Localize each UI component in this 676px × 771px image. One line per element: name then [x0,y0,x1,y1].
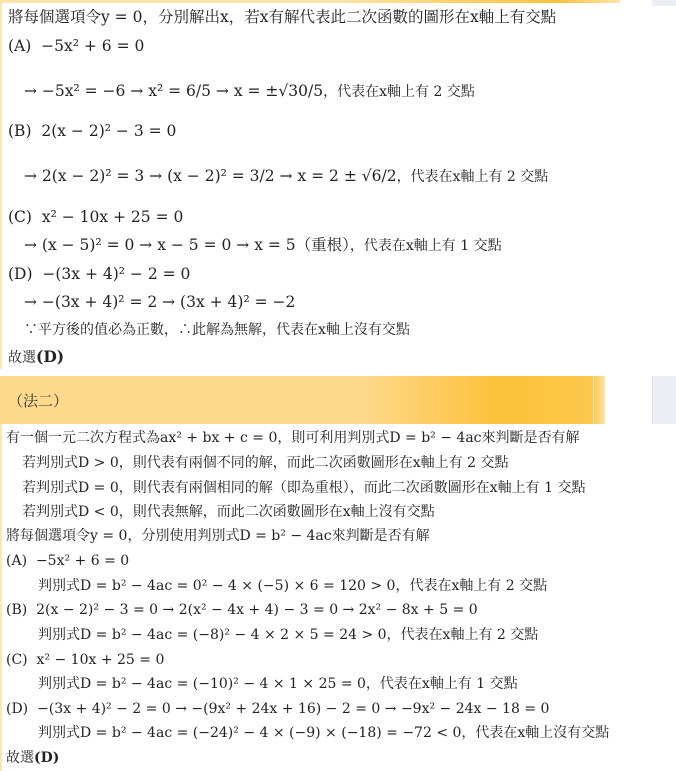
option-label: (B) [8,122,32,140]
method2-instruction: 將每個選項令y = 0，分別使用判別式D = b² − 4ac來判斷是否有解 [6,526,430,546]
result: ，代表在x軸上有 2 交點 [323,84,475,100]
m2-option-b-equation: (B) 2(x − 2)² − 3 = 0 → 2(x² − 4x + 4) −… [6,600,478,620]
rule-negative: 若判別式D < 0，則代表無解，而此二次函數圖形在x軸上沒有交點 [22,502,435,522]
step: → −(3x + 4)² = 2 → (3x + 4)² = −2 [24,293,295,311]
answer-value: (D) [36,347,64,366]
step: → −5x² = −6 → x² = 6/5 → x = ±√30/5 [24,82,323,100]
m2-option-d-equation: (D) −(3x + 4)² − 2 = 0 → −(9x² + 24x + 1… [6,699,549,719]
option-c-step: → (x − 5)² = 0 → x − 5 = 0 → x = 5（重根），代… [24,235,502,256]
right-side-panel [652,0,676,771]
solution-method-2: 有一個一元二次方程式為ax² + bx + c = 0，則可利用判別式D = b… [0,424,652,771]
m2-option-c-discriminant: 判別式D = b² − 4ac = (−10)² − 4 × 1 × 25 = … [38,674,518,694]
option-label: (D) [6,701,28,717]
side-panel-tab [652,376,676,424]
answer-value: (D) [34,750,59,766]
equation: x² − 10x + 25 = 0 [37,652,165,668]
m2-answer: 故選(D) [6,748,59,768]
m2-option-c-equation: (C) x² − 10x + 25 = 0 [6,650,164,670]
option-label: (B) [6,602,27,618]
equation: 2(x − 2)² − 3 = 0 [41,122,176,140]
solution-method-1: 將每個選項令y = 0，分別解出x，若x有解代表此二次函數的圖形在x軸上有交點 … [0,3,652,369]
result: ，代表在x軸上有 2 交點 [397,169,549,185]
option-a-step: → −5x² = −6 → x² = 6/5 → x = ±√30/5，代表在x… [24,81,475,102]
option-b-equation: (B) 2(x − 2)² − 3 = 0 [8,121,176,141]
option-label: (A) [8,37,31,55]
option-d-reason: ∵平方後的值必為正數，∴此解為無解，代表在x軸上沒有交點 [24,320,410,340]
side-panel-top [652,0,676,6]
equation: −5x² + 6 = 0 [36,553,129,569]
equation: −(3x + 4)² − 2 = 0 [42,265,190,283]
option-a-equation: (A) −5x² + 6 = 0 [8,36,144,56]
option-label: (D) [8,265,33,283]
answer-prefix: 故選 [6,750,34,766]
option-d-step: → −(3x + 4)² = 2 → (3x + 4)² = −2 [24,292,295,312]
option-b-step: → 2(x − 2)² = 3 → (x − 2)² = 3/2 → x = 2… [24,166,548,187]
option-label: (A) [6,553,27,569]
equation: x² − 10x + 25 = 0 [42,208,184,226]
equation: −(3x + 4)² − 2 = 0 → −(9x² + 24x + 16) −… [37,701,549,717]
option-c-equation: (C) x² − 10x + 25 = 0 [8,207,183,227]
equation: −5x² + 6 = 0 [41,37,144,55]
rule-zero: 若判別式D = 0，則代表有兩個相同的解（即為重根），而此二次函數圖形在x軸上有… [22,478,585,498]
equation: 2(x − 2)² − 3 = 0 → 2(x² − 4x + 4) − 3 =… [36,602,478,618]
answer-prefix: 故選 [8,350,36,366]
method2-intro: 有一個一元二次方程式為ax² + bx + c = 0，則可利用判別式D = b… [6,428,580,448]
method1-intro: 將每個選項令y = 0，分別解出x，若x有解代表此二次函數的圖形在x軸上有交點 [8,7,556,27]
banner-divider [593,376,594,424]
method-2-banner: （法二） [0,376,605,424]
option-d-equation: (D) −(3x + 4)² − 2 = 0 [8,264,190,284]
step: → 2(x − 2)² = 3 → (x − 2)² = 3/2 → x = 2… [24,167,397,185]
option-label: (C) [8,208,32,226]
answer: 故選(D) [8,347,64,368]
banner-label: （法二） [8,390,68,411]
option-label: (C) [6,652,28,668]
m2-option-a-equation: (A) −5x² + 6 = 0 [6,551,129,571]
m2-option-d-discriminant: 判別式D = b² − 4ac = (−24)² − 4 × (−9) × (−… [38,723,609,743]
result: ，代表在x軸上有 1 交點 [350,238,502,254]
step: → (x − 5)² = 0 → x − 5 = 0 → x = 5（重根） [24,236,350,254]
m2-option-a-discriminant: 判別式D = b² − 4ac = 0² − 4 × (−5) × 6 = 12… [38,576,547,596]
rule-positive: 若判別式D > 0，則代表有兩個不同的解，而此二次函數圖形在x軸上有 2 交點 [22,453,508,473]
m2-option-b-discriminant: 判別式D = b² − 4ac = (−8)² − 4 × 2 × 5 = 24… [38,625,538,645]
